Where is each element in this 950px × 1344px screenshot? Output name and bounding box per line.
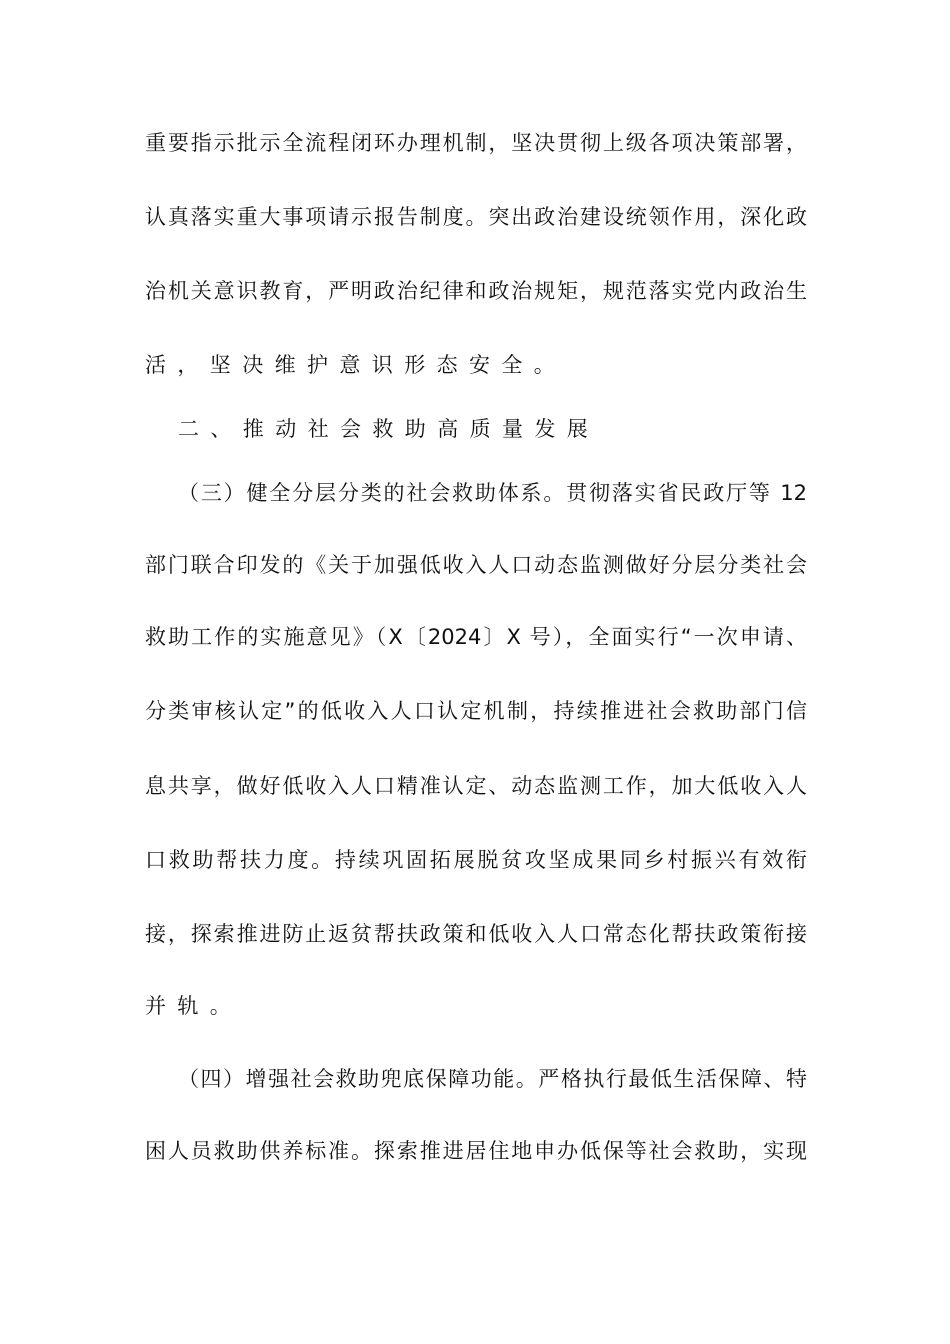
body-text-line: 接，探索推进防止返贫帮扶政策和低收入人口常态化帮扶政策衔接 xyxy=(145,920,807,948)
body-text-line: 并轨。 xyxy=(145,992,807,1020)
body-text-line: 分类审核认定”的低收入人口认定机制，持续推进社会救助部门信 xyxy=(145,697,807,725)
body-text-line: 口救助帮扶力度。持续巩固拓展脱贫攻坚成果同乡村振兴有效衔 xyxy=(145,846,807,874)
subsection-heading-line: （三）健全分层分类的社会救助体系。贯彻落实省民政厅等 12 xyxy=(178,479,807,507)
subsection-heading-line: （四）增强社会救助兜底保障功能。严格执行最低生活保障、特 xyxy=(178,1065,807,1093)
body-text-line: 认真落实重大事项请示报告制度。突出政治建设统领作用，深化政 xyxy=(145,203,807,231)
body-text-line: 困人员救助供养标准。探索推进居住地申办低保等社会救助，实现 xyxy=(145,1137,807,1165)
body-text-line: 息共享，做好低收入人口精准认定、动态监测工作，加大低收入人 xyxy=(145,772,807,800)
body-text-line: 救助工作的实施意见》（X〔2024〕X 号），全面实行“一次申请、 xyxy=(145,623,807,651)
body-text-line: 部门联合印发的《关于加强低收入人口动态监测做好分层分类社会 xyxy=(145,551,807,579)
section-heading: 二、推动社会救助高质量发展 xyxy=(178,415,807,443)
body-text-line: 重要指示批示全流程闭环办理机制，坚决贯彻上级各项决策部署， xyxy=(145,129,807,157)
body-text-line: 治机关意识教育，严明政治纪律和政治规矩，规范落实党内政治生 xyxy=(145,277,807,305)
body-text-line: 活，坚决维护意识形态安全。 xyxy=(145,351,807,379)
document-page: 重要指示批示全流程闭环办理机制，坚决贯彻上级各项决策部署， 认真落实重大事项请示… xyxy=(0,0,950,1344)
